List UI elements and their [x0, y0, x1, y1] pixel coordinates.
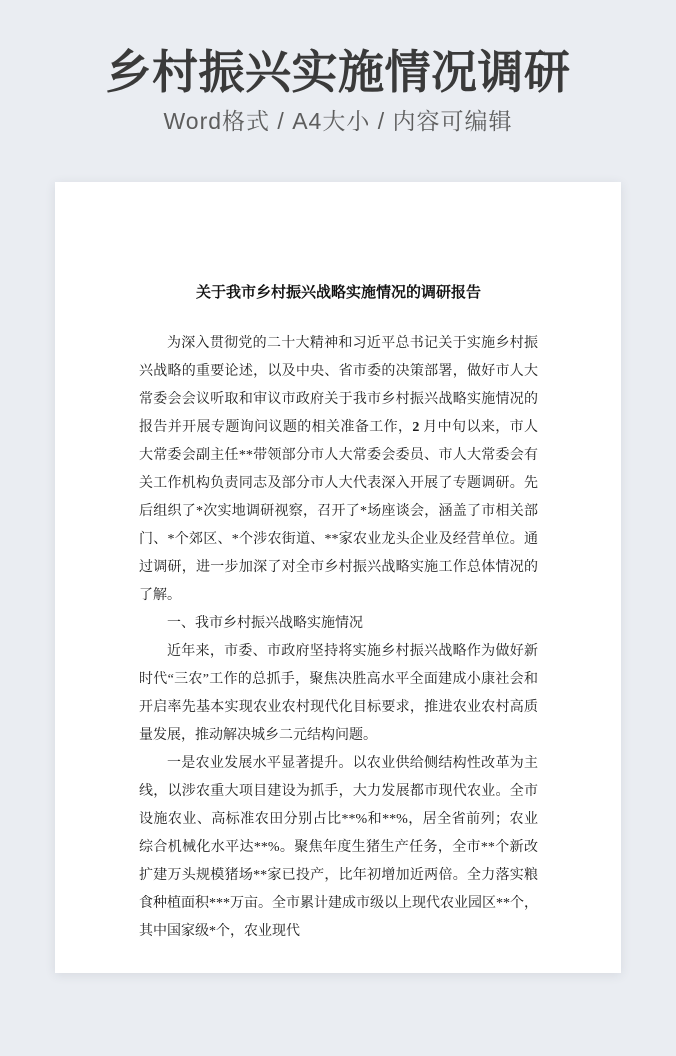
document-page: 关于我市乡村振兴战略实施情况的调研报告 为深入贯彻党的二十大精神和习近平总书记关…	[55, 182, 621, 973]
text-run: 月中旬以来，市人大常委会副主任**带领部分市人大常委会委员、市人大常委会有关工作…	[139, 420, 538, 603]
banner-title: 乡村振兴实施情况调研	[0, 46, 676, 99]
document-paragraph: 为深入贯彻党的二十大精神和习近平总书记关于实施乡村振兴战略的重要论述，以及中央、…	[139, 330, 538, 610]
document-paragraph: 一是农业发展水平显著提升。以农业供给侧结构性改革为主线，以涉农重大项目建设为抓手…	[139, 750, 538, 946]
section-heading: 一、我市乡村振兴战略实施情况	[139, 610, 538, 638]
banner: 乡村振兴实施情况调研 Word格式 / A4大小 / 内容可编辑	[0, 0, 676, 137]
text-run: 近年来，市委、市政府坚持将实施乡村振兴战略作为做好新时代“三农”工作的总抓手，聚…	[139, 644, 538, 743]
document-body: 为深入贯彻党的二十大精神和习近平总书记关于实施乡村振兴战略的重要论述，以及中央、…	[139, 330, 538, 946]
text-run: 以农业供给侧结构性改革为主线，以涉农重大项目建设为抓手，大力发展都市现代农业。全…	[139, 756, 538, 939]
lead-text-run: 一是农业发展水平显著提升。	[167, 756, 353, 771]
banner-subtitle: Word格式 / A4大小 / 内容可编辑	[0, 107, 676, 137]
text-run: 一、我市乡村振兴战略实施情况	[167, 616, 363, 631]
document-title: 关于我市乡村振兴战略实施情况的调研报告	[139, 279, 538, 307]
document-paragraph: 近年来，市委、市政府坚持将实施乡村振兴战略作为做好新时代“三农”工作的总抓手，聚…	[139, 638, 538, 750]
